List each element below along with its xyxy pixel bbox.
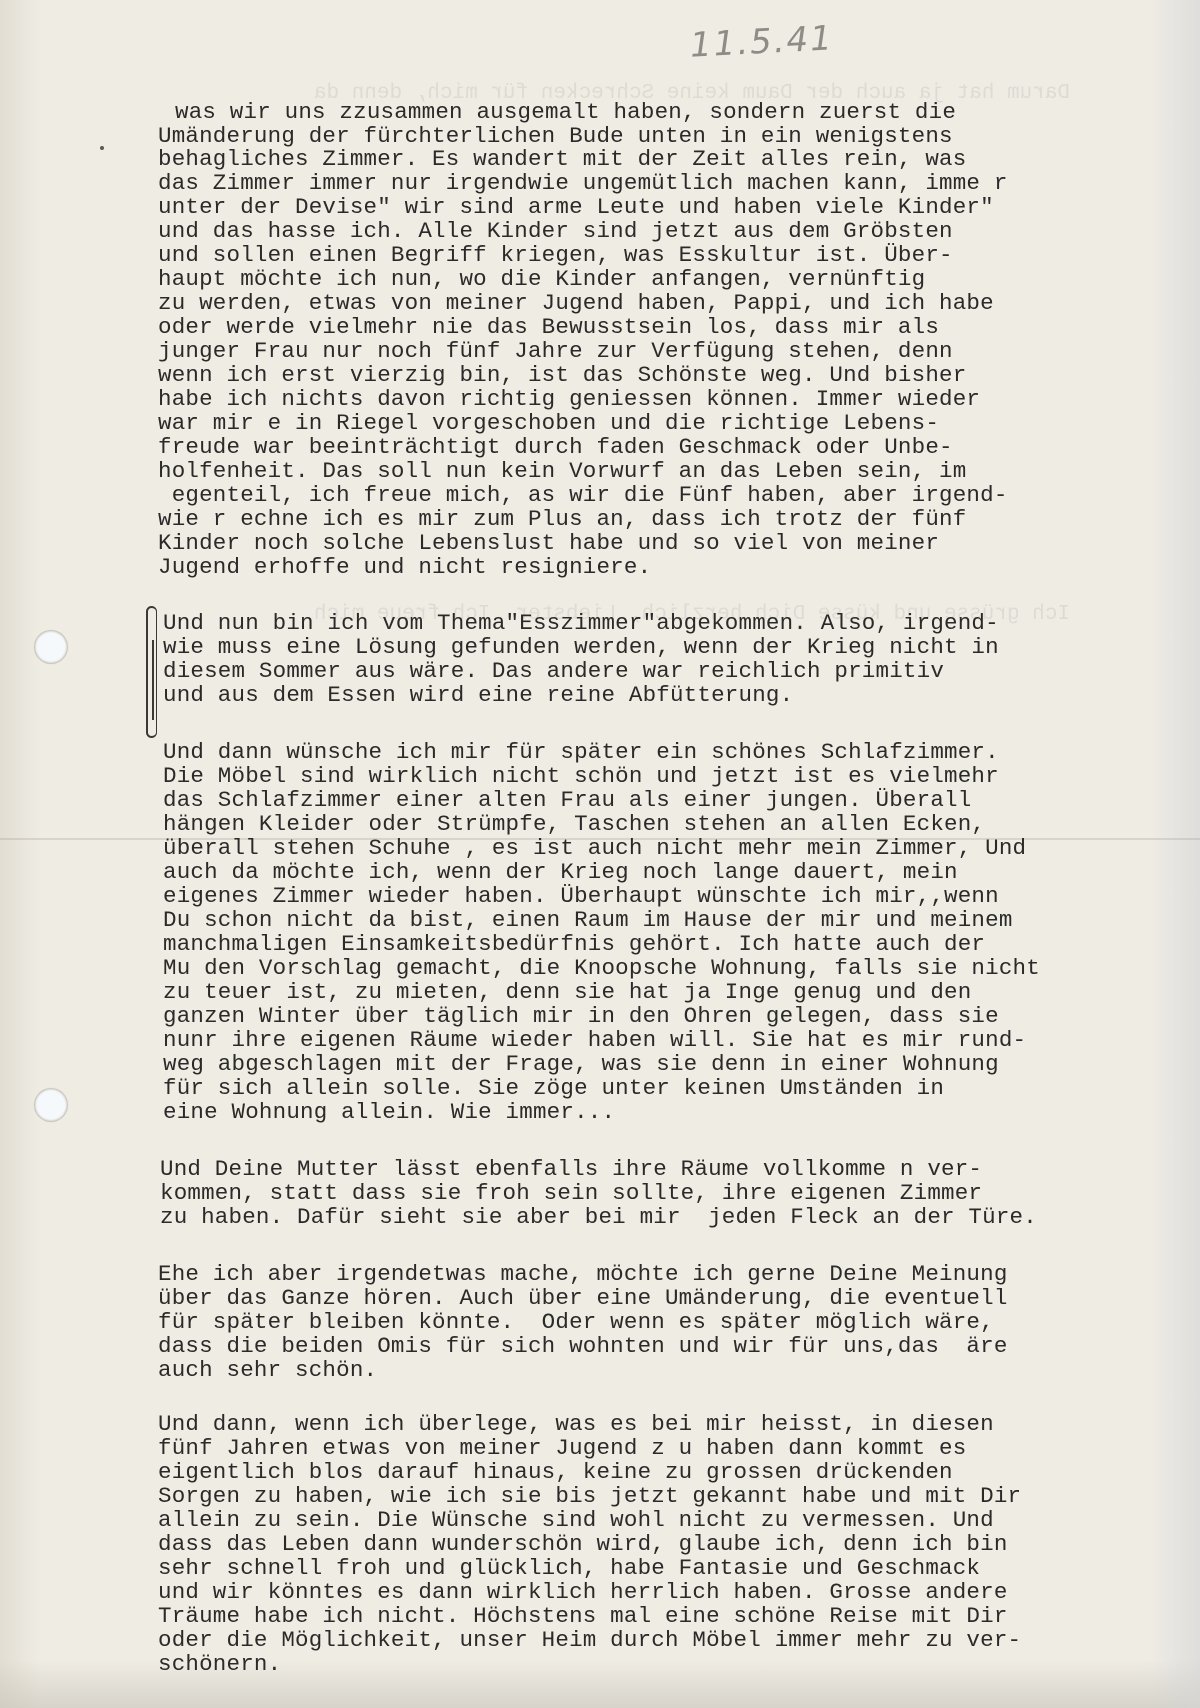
typed-line: freude war beeinträchtigt durch faden Ge… (158, 435, 953, 459)
typed-line: zu werden, etwas von meiner Jugend haben… (158, 291, 994, 315)
typed-line: zu teuer ist, zu mieten, denn sie hat ja… (163, 980, 971, 1004)
typed-line: nunr ihre eigenen Räume wieder haben wil… (163, 1028, 1026, 1052)
typed-line: auch sehr schön. (158, 1358, 377, 1382)
typed-line: Ehe ich aber irgendetwas mache, möchte i… (158, 1262, 1008, 1286)
typed-line: egenteil, ich freue mich, as wir die Fün… (158, 483, 1008, 507)
typed-line: was wir uns zzusammen ausgemalt haben, s… (175, 100, 956, 124)
typed-line: und sollen einen Begriff kriegen, was Es… (158, 243, 953, 267)
typed-line: zu haben. Dafür sieht sie aber bei mir j… (160, 1205, 1037, 1229)
handwritten-date: 11.5.41 (689, 18, 835, 65)
margin-bracket-inner-stroke (152, 640, 157, 720)
typed-line: war mir e in Riegel vorgeschoben und die… (158, 411, 939, 435)
typed-line: behagliches Zimmer. Es wandert mit der Z… (158, 147, 966, 171)
typed-line: hängen Kleider oder Strümpfe, Taschen st… (163, 812, 985, 836)
typed-line: auch da möchte ich, wenn der Krieg noch … (163, 860, 958, 884)
typed-line: Träume habe ich nicht. Höchstens mal ein… (158, 1604, 1008, 1628)
typed-line: schönern. (158, 1652, 281, 1676)
typed-line: und aus dem Essen wird eine reine Abfütt… (163, 683, 793, 707)
typed-line: oder werde vielmehr nie das Bewusstsein … (158, 315, 939, 339)
typed-line: eigentlich blos darauf hinaus, keine zu … (158, 1460, 953, 1484)
typed-line: Kinder noch solche Lebenslust habe und s… (158, 531, 939, 555)
typed-line: Und nun bin ich vom Thema"Esszimmer"abge… (163, 611, 999, 635)
typed-line: wie muss eine Lösung gefunden werden, we… (163, 635, 999, 659)
typed-line: wenn ich erst vierzig bin, ist das Schön… (158, 363, 966, 387)
typed-line: Die Möbel sind wirklich nicht schön und … (163, 764, 999, 788)
typed-line: und wir könntes es dann wirklich herrlic… (158, 1580, 1008, 1604)
typed-line: weg abgeschlagen mit der Frage, was sie … (163, 1052, 999, 1076)
typed-line: und das hasse ich. Alle Kinder sind jetz… (158, 219, 953, 243)
typed-line: überall stehen Schuhe , es ist auch nich… (163, 836, 1026, 860)
typed-line: diesem Sommer aus wäre. Das andere war r… (163, 659, 944, 683)
typed-line: kommen, statt dass sie froh sein sollte,… (160, 1181, 982, 1205)
typed-line: Umänderung der fürchterlichen Bude unten… (158, 124, 953, 148)
typed-line: das Zimmer immer nur irgendwie ungemütli… (158, 171, 1008, 195)
typed-line: Mu den Vorschlag gemacht, die Knoopsche … (163, 956, 1040, 980)
typed-line: dass die beiden Omis für sich wohnten un… (158, 1334, 1008, 1358)
typed-line: Sorgen zu haben, wie ich sie bis jetzt g… (158, 1484, 1021, 1508)
typed-line: sehr schnell froh und glücklich, habe Fa… (158, 1556, 980, 1580)
typed-line: ganzen Winter über täglich mir in den Oh… (163, 1004, 999, 1028)
typed-line: habe ich nichts davon richtig geniessen … (158, 387, 980, 411)
margin-speck (100, 146, 104, 150)
typed-line: haupt möchte ich nun, wo die Kinder anfa… (158, 267, 925, 291)
typed-line: manchmaligen Einsamkeitsbedürfnis gehört… (163, 932, 985, 956)
typed-line: oder die Möglichkeit, unser Heim durch M… (158, 1628, 1021, 1652)
letter-page: Darum hat ja auch der Daum keine Schreck… (0, 0, 1200, 1708)
typed-line: eine Wohnung allein. Wie immer... (163, 1100, 615, 1124)
typed-line: für sich allein solle. Sie zöge unter ke… (163, 1076, 944, 1100)
typed-line: über das Ganze hören. Auch über eine Umä… (158, 1286, 1008, 1310)
typed-line: allein zu sein. Die Wünsche sind wohl ni… (158, 1508, 994, 1532)
typed-line: Und dann wünsche ich mir für später ein … (163, 740, 999, 764)
punch-hole-upper (34, 630, 68, 664)
typed-line: für später bleiben könnte. Oder wenn es … (158, 1310, 994, 1334)
typed-line: fünf Jahren etwas von meiner Jugend z u … (158, 1436, 966, 1460)
typed-line: wie r echne ich es mir zum Plus an, dass… (158, 507, 966, 531)
typed-line: Jugend erhoffe und nicht resigniere. (158, 555, 651, 579)
typed-line: Und Deine Mutter lässt ebenfalls ihre Rä… (160, 1157, 982, 1181)
typed-line: junger Frau nur noch fünf Jahre zur Verf… (158, 339, 953, 363)
typed-line: Du schon nicht da bist, einen Raum im Ha… (163, 908, 1013, 932)
typed-line: dass das Leben dann wunderschön wird, gl… (158, 1532, 1008, 1556)
typed-line: das Schlafzimmer einer alten Frau als ei… (163, 788, 971, 812)
typed-line: Und dann, wenn ich überlege, was es bei … (158, 1412, 994, 1436)
typed-line: eigenes Zimmer wieder haben. Überhaupt w… (163, 884, 999, 908)
typed-line: unter der Devise" wir sind arme Leute un… (158, 195, 994, 219)
typed-line: holfenheit. Das soll nun kein Vorwurf an… (158, 459, 966, 483)
punch-hole-lower (34, 1088, 68, 1122)
